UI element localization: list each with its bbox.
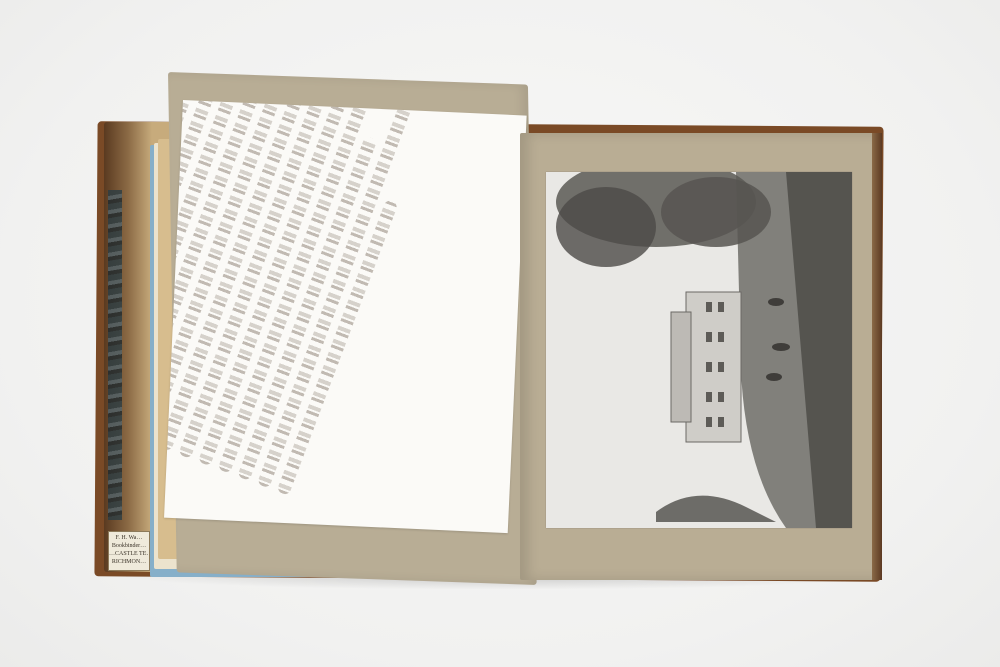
handwritten-letter [164, 100, 527, 533]
country-house-drawing [546, 172, 852, 528]
bookseller-label: F. H. Wa… Bookbinder… …CASTLE TE… RICHMO… [108, 531, 150, 571]
label-line-4: RICHMON… [109, 558, 149, 566]
marbled-endpaper [108, 190, 122, 520]
drawing-illustration [546, 172, 852, 528]
label-line-3: …CASTLE TE… [109, 550, 149, 558]
label-line-1: F. H. Wa… [109, 534, 149, 542]
label-line-2: Bookbinder… [109, 542, 149, 550]
drawing-caption [842, 280, 878, 470]
gutter-handwritten-note [506, 440, 536, 590]
letter-handwriting [164, 100, 475, 497]
